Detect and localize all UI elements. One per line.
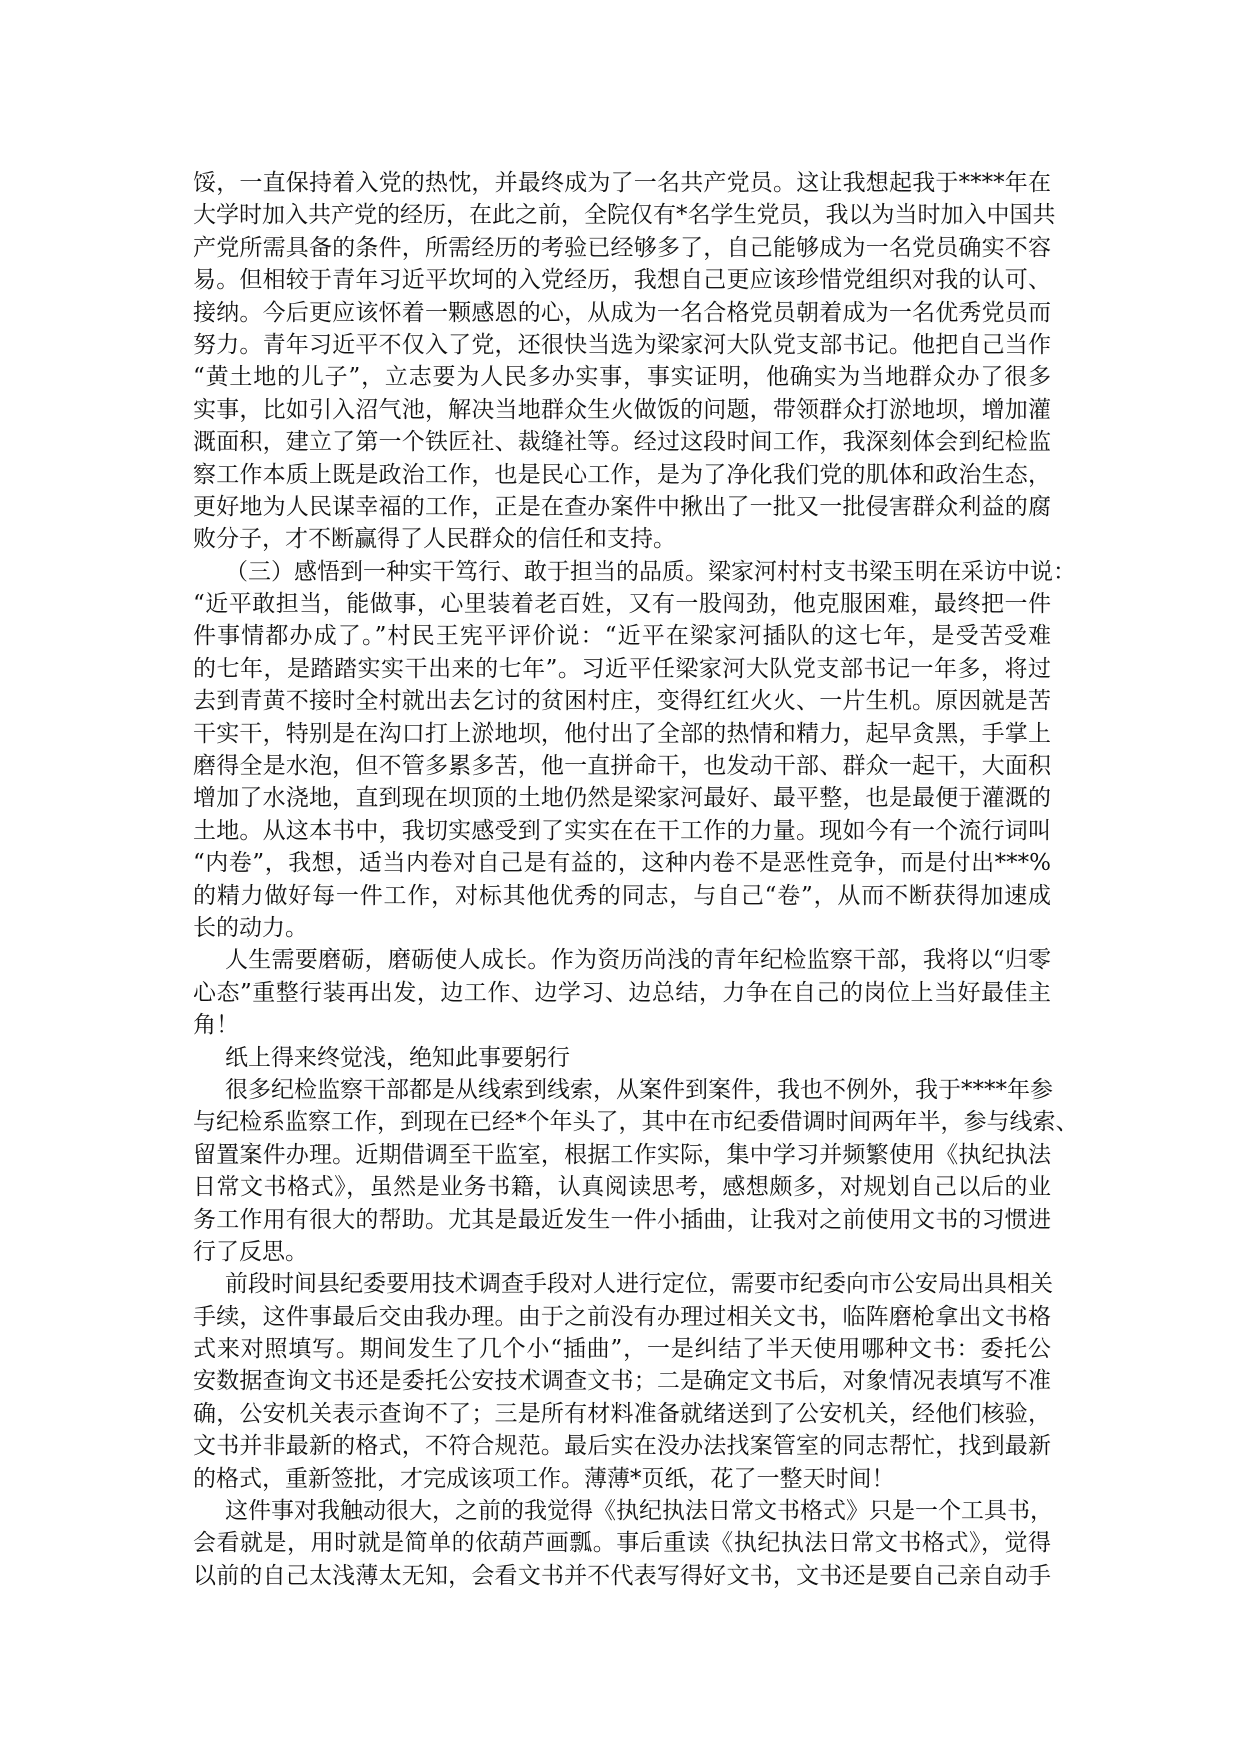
text-line: 角！ bbox=[193, 1009, 1051, 1041]
text-line: 干实干，特别是在沟口打上淤地坝，他付出了全部的热情和精力，起早贪黑，手掌上 bbox=[193, 718, 1051, 750]
text-line: 这件事对我触动很大，之前的我觉得《执纪执法日常文书格式》只是一个工具书， bbox=[193, 1495, 1051, 1527]
text-line: 安数据查询文书还是委托公安技术调查文书；二是确定文书后，对象情况表填写不准 bbox=[193, 1365, 1051, 1397]
text-line: 行了反思。 bbox=[193, 1236, 1051, 1268]
text-line: 土地。从这本书中，我切实感受到了实实在在干工作的力量。现如今有一个流行词叫 bbox=[193, 815, 1051, 847]
text-line: 以前的自己太浅薄太无知，会看文书并不代表写得好文书，文书还是要自己亲自动手 bbox=[193, 1560, 1051, 1592]
text-line: 去到青黄不接时全村就出去乞讨的贫困村庄，变得红红火火、一片生机。原因就是苦 bbox=[193, 685, 1051, 717]
text-line: 与纪检系监察工作，到现在已经*个年头了，其中在市纪委借调时间两年半，参与线索、 bbox=[193, 1106, 1051, 1138]
text-line: 文书并非最新的格式，不符合规范。最后实在没办法找案管室的同志帮忙，找到最新 bbox=[193, 1430, 1051, 1462]
text-line: “近平敢担当，能做事，心里装着老百姓，又有一股闯劲，他克服困难，最终把一件 bbox=[193, 588, 1051, 620]
text-line: 增加了水浇地，直到现在坝顶的土地仍然是梁家河最好、最平整，也是最便于灌溉的 bbox=[193, 782, 1051, 814]
text-line: 败分子，才不断赢得了人民群众的信任和支持。 bbox=[193, 523, 1051, 555]
text-line: 长的动力。 bbox=[193, 912, 1051, 944]
text-line: 溉面积，建立了第一个铁匠社、裁缝社等。经过这段时间工作，我深刻体会到纪检监 bbox=[193, 426, 1051, 458]
text-line: 的七年，是踏踏实实干出来的七年”。习近平任梁家河大队党支部书记一年多，将过 bbox=[193, 653, 1051, 685]
text-line: 心态”重整行装再出发，边工作、边学习、边总结，力争在自己的岗位上当好最佳主 bbox=[193, 977, 1051, 1009]
text-line: 人生需要磨砺，磨砺使人成长。作为资历尚浅的青年纪检监察干部，我将以“归零 bbox=[193, 944, 1051, 976]
text-line: 馁，一直保持着入党的热忱，并最终成为了一名共产党员。这让我想起我于****年在 bbox=[193, 167, 1051, 199]
paragraph-intro: 很多纪检监察干部都是从线索到线索，从案件到案件，我也不例外，我于****年参 与… bbox=[193, 1074, 1051, 1268]
text-line: 接纳。今后更应该怀着一颗感恩的心，从成为一名合格党员朝着成为一名优秀党员而 bbox=[193, 297, 1051, 329]
text-line: 大学时加入共产党的经历，在此之前，全院仅有*名学生党员，我以为当时加入中国共 bbox=[193, 199, 1051, 231]
text-line: 易。但相较于青年习近平坎坷的入党经历，我想自己更应该珍惜党组织对我的认可、 bbox=[193, 264, 1051, 296]
section-heading-line: （三）感悟到一种实干笃行、敢于担当的品质。梁家河村村支书梁玉明在采访中说： bbox=[193, 556, 1051, 588]
paragraph-reflection: 这件事对我触动很大，之前的我觉得《执纪执法日常文书格式》只是一个工具书， 会看就… bbox=[193, 1495, 1051, 1592]
paragraph-section-three: （三）感悟到一种实干笃行、敢于担当的品质。梁家河村村支书梁玉明在采访中说： “近… bbox=[193, 556, 1051, 945]
text-line: 日常文书格式》，虽然是业务书籍，认真阅读思考，感想颇多，对规划自己以后的业 bbox=[193, 1171, 1051, 1203]
essay-title: 纸上得来终觉浅，绝知此事要躬行 bbox=[193, 1042, 1051, 1074]
text-line: 产党所需具备的条件，所需经历的考验已经够多了，自己能够成为一名党员确实不容 bbox=[193, 232, 1051, 264]
text-line: 努力。青年习近平不仅入了党，还很快当选为梁家河大队党支部书记。他把自己当作 bbox=[193, 329, 1051, 361]
paragraph-continued: 馁，一直保持着入党的热忱，并最终成为了一名共产党员。这让我想起我于****年在 … bbox=[193, 167, 1051, 556]
text-line: 会看就是，用时就是简单的依葫芦画瓢。事后重读《执纪执法日常文书格式》，觉得 bbox=[193, 1527, 1051, 1559]
text-line: 留置案件办理。近期借调至干监室，根据工作实际，集中学习并频繁使用《执纪执法 bbox=[193, 1139, 1051, 1171]
text-line: 更好地为人民谋幸福的工作，正是在查办案件中揪出了一批又一批侵害群众利益的腐 bbox=[193, 491, 1051, 523]
text-line: 确，公安机关表示查询不了；三是所有材料准备就绪送到了公安机关，经他们核验， bbox=[193, 1398, 1051, 1430]
text-line: “黄土地的儿子”，立志要为人民多办实事，事实证明，他确实为当地群众办了很多 bbox=[193, 361, 1051, 393]
text-line: 的格式，重新签批，才完成该项工作。薄薄*页纸，花了一整天时间！ bbox=[193, 1463, 1051, 1495]
document-page: 馁，一直保持着入党的热忱，并最终成为了一名共产党员。这让我想起我于****年在 … bbox=[0, 0, 1240, 1754]
text-line: 务工作用有很大的帮助。尤其是最近发生一件小插曲，让我对之前使用文书的习惯进 bbox=[193, 1204, 1051, 1236]
text-line: “内卷”，我想，适当内卷对自己是有益的，这种内卷不是恶性竞争，而是付出***% bbox=[193, 847, 1051, 879]
text-line: 前段时间县纪委要用技术调查手段对人进行定位，需要市纪委向市公安局出具相关 bbox=[193, 1268, 1051, 1300]
document-body: 馁，一直保持着入党的热忱，并最终成为了一名共产党员。这让我想起我于****年在 … bbox=[193, 167, 1051, 1592]
paragraph-incident: 前段时间县纪委要用技术调查手段对人进行定位，需要市纪委向市公安局出具相关 手续，… bbox=[193, 1268, 1051, 1495]
text-line: 磨得全是水泡，但不管多累多苦，他一直拼命干，也发动干部、群众一起干，大面积 bbox=[193, 750, 1051, 782]
paragraph-conclusion: 人生需要磨砺，磨砺使人成长。作为资历尚浅的青年纪检监察干部，我将以“归零 心态”… bbox=[193, 944, 1051, 1041]
text-line: 式来对照填写。期间发生了几个小“插曲”，一是纠结了半天使用哪种文书：委托公 bbox=[193, 1333, 1051, 1365]
text-line: 的精力做好每一件工作，对标其他优秀的同志，与自己“卷”，从而不断获得加速成 bbox=[193, 880, 1051, 912]
essay-title-text: 纸上得来终觉浅，绝知此事要躬行 bbox=[193, 1042, 1051, 1074]
text-line: 察工作本质上既是政治工作，也是民心工作，是为了净化我们党的肌体和政治生态， bbox=[193, 459, 1051, 491]
text-line: 很多纪检监察干部都是从线索到线索，从案件到案件，我也不例外，我于****年参 bbox=[193, 1074, 1051, 1106]
text-line: 实事，比如引入沼气池，解决当地群众生火做饭的问题，带领群众打淤地坝，增加灌 bbox=[193, 394, 1051, 426]
text-line: 手续，这件事最后交由我办理。由于之前没有办理过相关文书，临阵磨枪拿出文书格 bbox=[193, 1301, 1051, 1333]
text-line: 件事情都办成了。”村民王宪平评价说：“近平在梁家河插队的这七年，是受苦受难 bbox=[193, 620, 1051, 652]
